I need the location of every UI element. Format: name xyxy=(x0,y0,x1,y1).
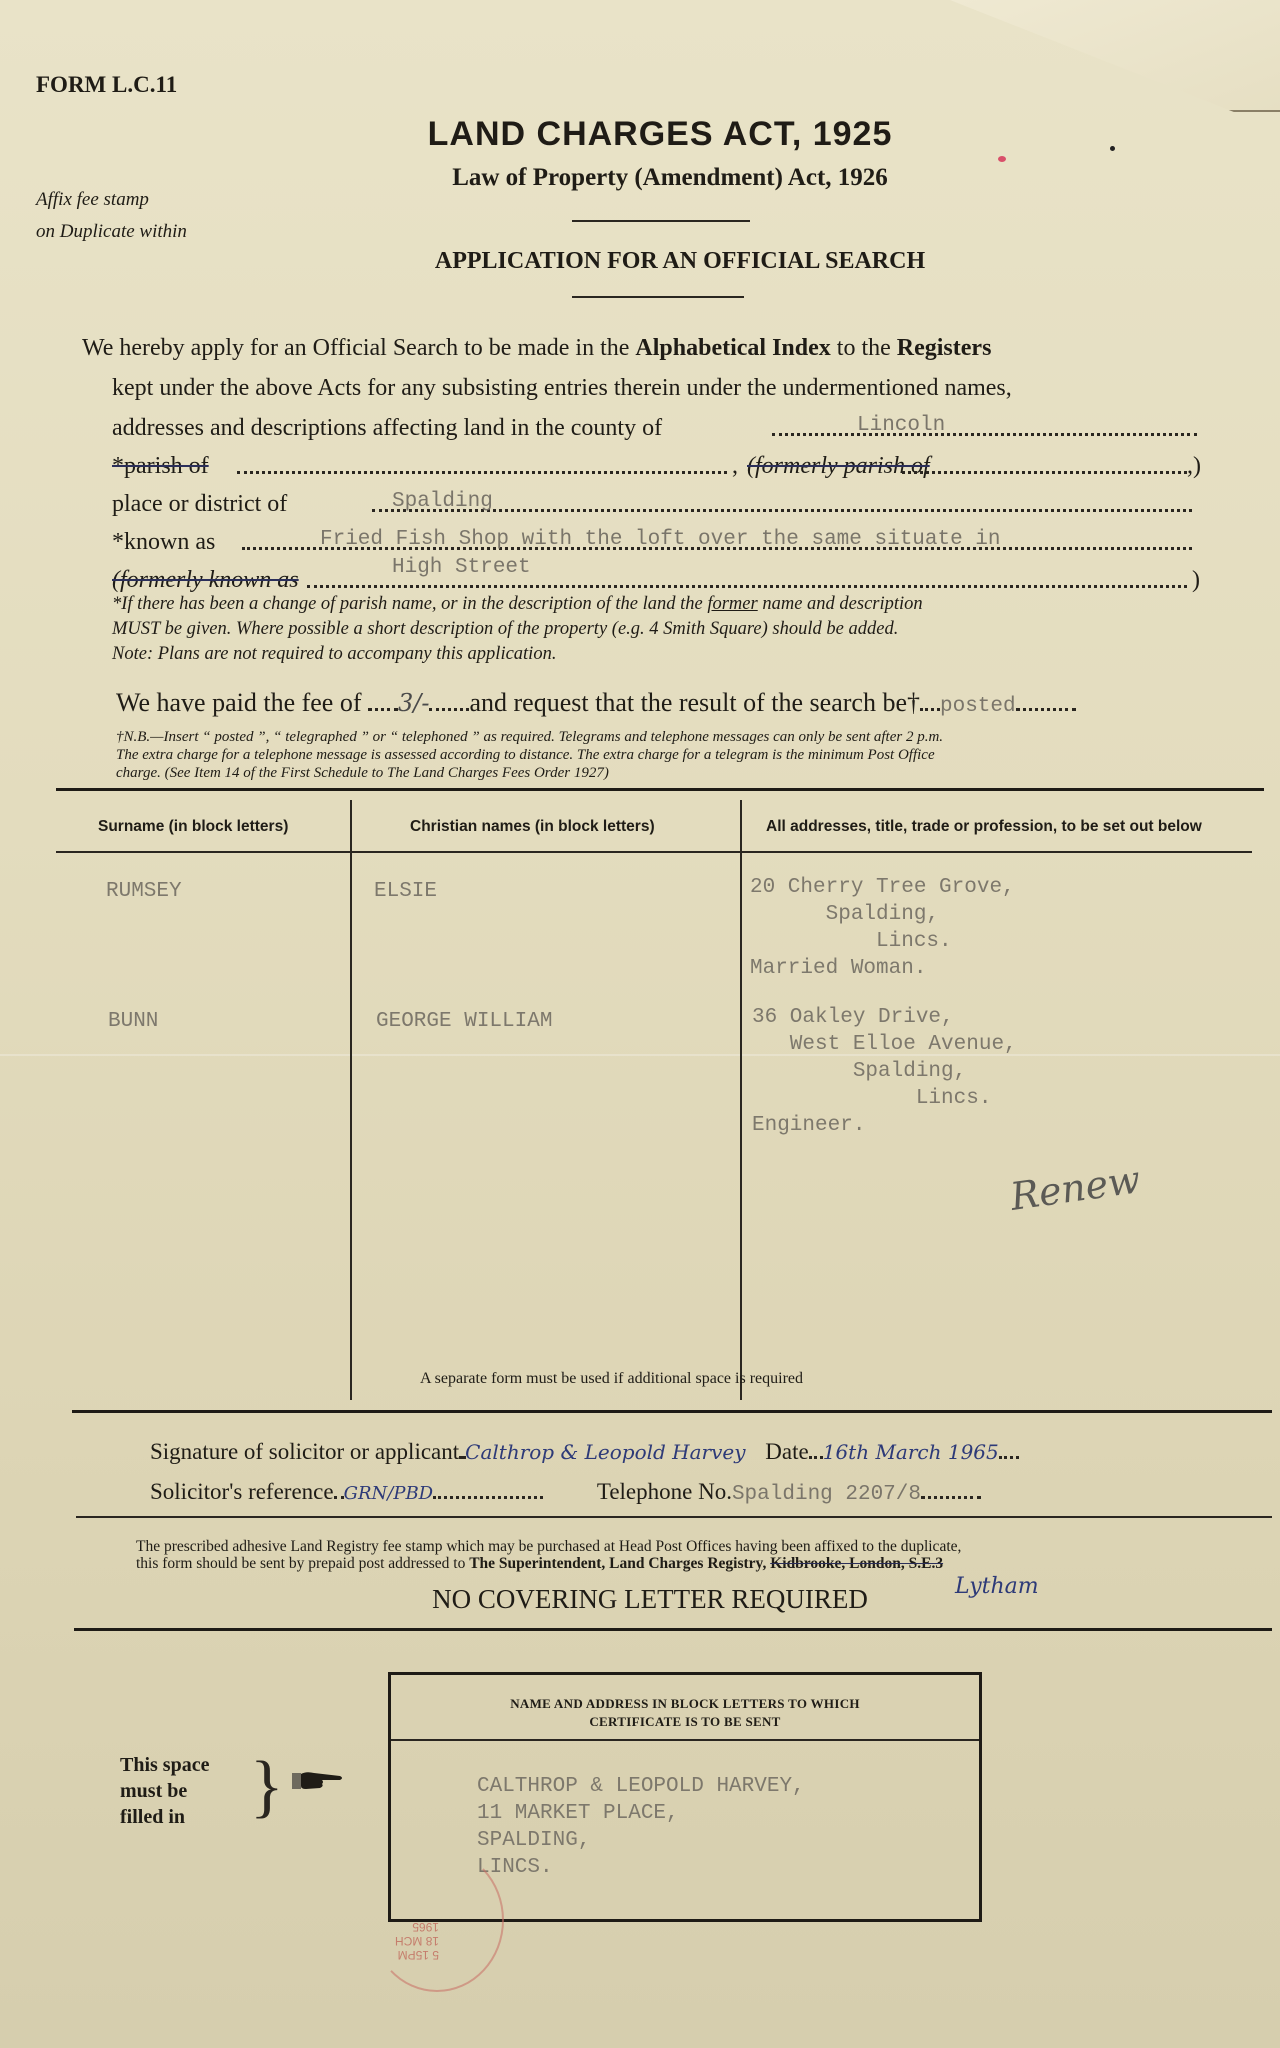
affix-stamp-note: Affix fee stamp on Duplicate within xyxy=(36,184,187,248)
parish-label: *parish of xyxy=(112,446,209,486)
row1-surname: RUMSEY xyxy=(106,878,182,905)
ink-mark xyxy=(998,156,1006,162)
county-field[interactable]: Lincoln xyxy=(857,406,945,446)
column-header-surname: Surname (in block letters) xyxy=(98,818,288,836)
parish-field[interactable] xyxy=(237,468,727,474)
telephone-field[interactable]: Spalding 2207/8 xyxy=(732,1483,921,1506)
table-bottom-rule xyxy=(72,1410,1272,1413)
must-fill-note: This space must be filled in xyxy=(120,1752,209,1830)
formerly-known-field[interactable] xyxy=(307,582,1187,588)
row1-address: 20 Cherry Tree Grove, Spalding, Lincs. M… xyxy=(750,874,1015,982)
row2-christian-names: GEORGE WILLIAM xyxy=(376,1008,552,1035)
signature-bottom-rule xyxy=(76,1516,1272,1518)
prescribed-stamp-note: The prescribed adhesive Land Registry fe… xyxy=(136,1538,1246,1572)
fold-crease xyxy=(0,1054,1280,1056)
folded-corner xyxy=(950,0,1280,112)
certificate-box-header: NAME AND ADDRESS IN BLOCK LETTERS TO WHI… xyxy=(391,1695,979,1731)
application-title: APPLICATION FOR AN OFFICIAL SEARCH xyxy=(0,248,1280,275)
application-line-1: We hereby apply for an Official Search t… xyxy=(82,328,1192,368)
renew-annotation: Renew xyxy=(1008,1157,1143,1219)
change-notes: *If there has been a change of parish na… xyxy=(112,592,1202,667)
title-rule xyxy=(572,220,750,222)
signature-field[interactable]: Calthrop & Leopold Harvey xyxy=(465,1440,745,1464)
separate-form-note: A separate form must be used if addition… xyxy=(420,1370,803,1388)
title-rule xyxy=(572,296,744,298)
brace-icon: } xyxy=(250,1752,284,1822)
table-top-rule xyxy=(56,788,1264,791)
fee-row: We have paid the fee of 3/-and request t… xyxy=(116,688,1076,718)
pointing-hand-icon xyxy=(292,1770,344,1797)
fee-amount-field[interactable]: 3/- xyxy=(398,689,429,717)
column-header-addresses: All addresses, title, trade or professio… xyxy=(766,818,1202,836)
reference-field[interactable]: GRN/PBD xyxy=(344,1483,434,1504)
postmark-text: 5 15PM 18 MCH 1965 xyxy=(395,1920,439,1962)
date-field[interactable]: 16th March 1965 xyxy=(823,1440,999,1464)
form-number: FORM L.C.11 xyxy=(36,72,177,98)
column-divider xyxy=(740,800,742,1400)
parish-row: *parish of , (formerly parish of ,) xyxy=(82,446,1192,484)
handwritten-lytham: Lytham xyxy=(955,1574,1039,1599)
no-covering-letter: NO COVERING LETTER REQUIRED xyxy=(0,1584,1280,1615)
certificate-address-field[interactable]: CALTHROP & LEOPOLD HARVEY, 11 MARKET PLA… xyxy=(477,1773,805,1881)
application-paragraph: We hereby apply for an Official Search t… xyxy=(82,328,1192,598)
row1-christian-names: ELSIE xyxy=(374,878,437,905)
application-line-2: kept under the above Acts for any subsis… xyxy=(82,368,1192,408)
row2-address: 36 Oakley Drive, West Elloe Avenue, Spal… xyxy=(752,1004,1017,1139)
place-field[interactable]: Spalding xyxy=(392,482,493,522)
table-header-rule xyxy=(56,851,1252,853)
act-title: LAND CHARGES ACT, 1925 xyxy=(0,115,1280,154)
nb-note: †N.B.—Insert “ posted ”, “ telegraphed ”… xyxy=(116,728,1246,782)
instructions-bottom-rule xyxy=(74,1628,1272,1631)
delivery-method-field[interactable]: posted xyxy=(940,695,1016,718)
row2-surname: BUNN xyxy=(108,1008,158,1035)
county-row: addresses and descriptions affecting lan… xyxy=(82,408,1192,446)
signature-row: Signature of solicitor or applicantCalth… xyxy=(150,1436,1019,1465)
formerly-parish-field[interactable] xyxy=(902,468,1187,474)
known-as-row: *known as Fried Fish Shop with the loft … xyxy=(82,522,1192,560)
place-row: place or district of Spalding xyxy=(82,484,1192,522)
act-subtitle: Law of Property (Amendment) Act, 1926 xyxy=(0,164,1280,192)
reference-row: Solicitor's referenceGRN/PBD Telephone N… xyxy=(150,1476,981,1506)
form-page: FORM L.C.11 Affix fee stamp on Duplicate… xyxy=(0,0,1280,2048)
column-divider xyxy=(350,800,352,1400)
column-header-christian-names: Christian names (in block letters) xyxy=(410,818,655,836)
affix-note-line2: on Duplicate within xyxy=(36,216,187,248)
struck-address: Kidbrooke, London, S.E.3 xyxy=(770,1555,943,1572)
